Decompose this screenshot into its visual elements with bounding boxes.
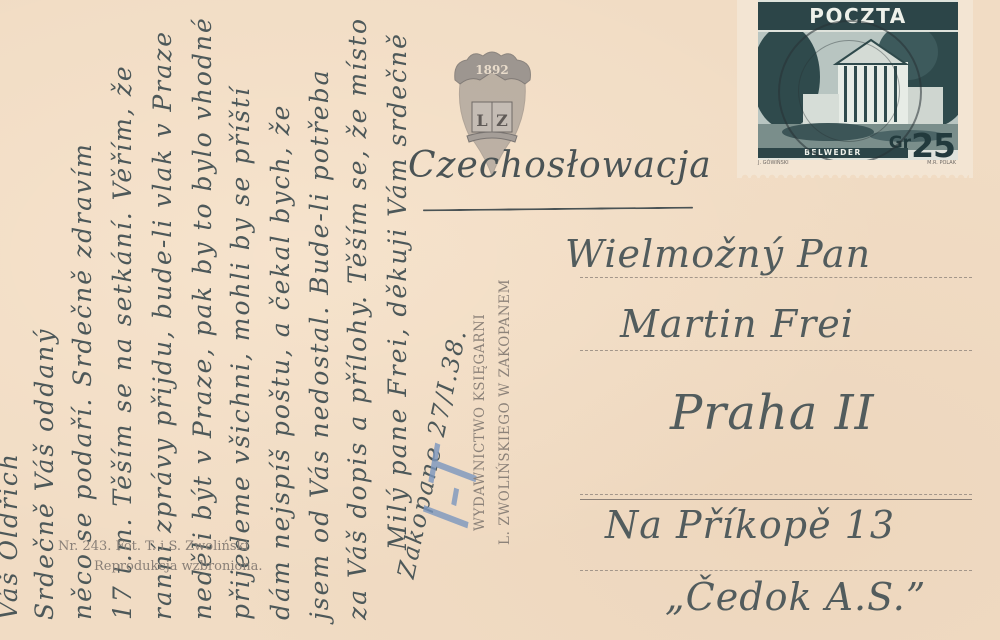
signature: Váš Oldřich [0, 452, 23, 620]
country-underline [423, 207, 693, 212]
svg-text:L: L [476, 111, 487, 130]
address-dotted-line [580, 570, 972, 571]
svg-text:Z: Z [496, 111, 508, 130]
stamp-design: POCZTA POLSKA [758, 0, 958, 160]
address-name: Martin Frei [620, 302, 854, 346]
imprint-line2: L. ZWOLIŃSKIEGO W ZAKOPANEM [493, 279, 518, 545]
postage-stamp: POCZTA POLSKA [737, 0, 973, 178]
address-dotted-line [580, 277, 972, 278]
message-line: dám nejspíš poštu, a čekal bych, že [266, 104, 295, 620]
address-company: „Čedok A.S.” [665, 575, 926, 619]
address-street: Na Příkopě 13 [605, 503, 895, 547]
svg-text:1892: 1892 [475, 63, 508, 77]
message-line: ranní zprávy přijdu, bude-li vlak v Praz… [148, 30, 177, 620]
photo-credit: Nr. 243. Fot. T. i S. Zwoliński Reproduk… [58, 537, 263, 577]
message-line: jsem od Vás nedostal. Bude-li potřeba [305, 68, 334, 620]
message-line: za Váš dopis a přílohy. Těším se, že mís… [343, 17, 372, 620]
message-line: Milý pane Frei, děkuji Vám srdečně [383, 32, 412, 550]
stamp-credits: J. GÓWIŃSKI M.R. POLAK [758, 160, 958, 168]
address-solid-line [580, 499, 972, 500]
destination-country: Czechosłowacja [408, 145, 712, 186]
photo-credit-line2: Reprodukcja wzbroniona. [58, 557, 263, 577]
imprint-line1: WYDAWNICTWO KSIĘGARNI [468, 279, 493, 545]
publisher-imprint: WYDAWNICTWO KSIĘGARNI L. ZWOLIŃSKIEGO W … [468, 279, 518, 545]
address-city: Praha II [670, 385, 875, 441]
postcard: Milý pane Frei, děkuji Vám srdečně za Vá… [0, 0, 1000, 640]
address-dotted-line [580, 494, 972, 495]
message-line: neděli být v Praze, pak by to bylo vhodn… [188, 16, 217, 620]
address-dotted-line [580, 350, 972, 351]
postmark-cancellation [778, 20, 922, 160]
photo-credit-line1: Nr. 243. Fot. T. i S. Zwoliński [58, 539, 249, 554]
address-salutation: Wielmožný Pan [565, 232, 871, 276]
message-line: Srdečně Váš oddaný [30, 328, 59, 620]
